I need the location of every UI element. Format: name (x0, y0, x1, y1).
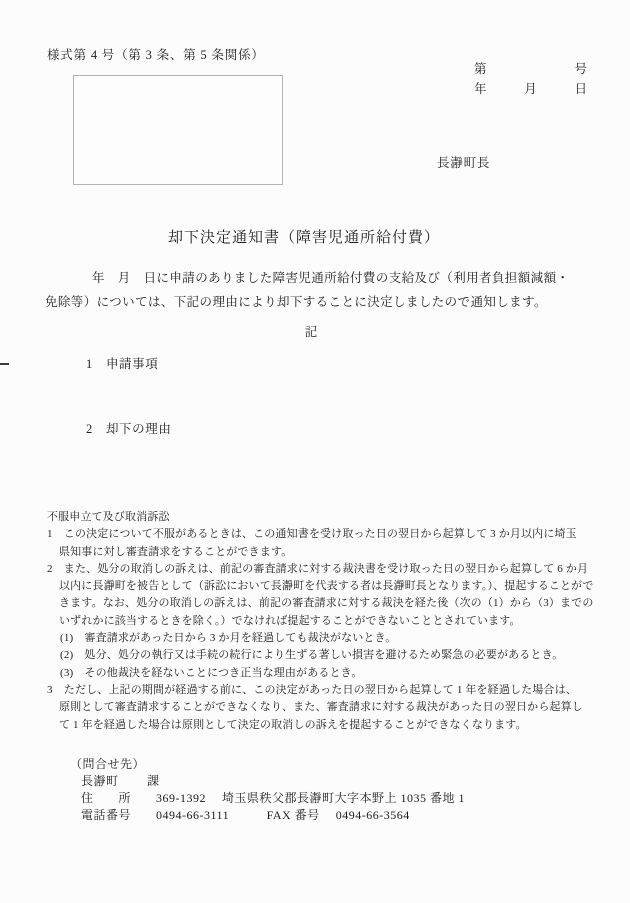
doc-number-suffix: 号 (574, 59, 587, 79)
appeal-line: 1 この決定について不服があるときは、この通知書を受け取った日の翌日から起算して… (47, 526, 592, 543)
appeal-notice-section: 不服申立て及び取消訴訟 1 この決定について不服があるときは、この通知書を受け取… (47, 509, 592, 734)
contact-phone-fax: 電話番号 0494-66-3111 FAX 番号 0494-66-3564 (70, 807, 465, 824)
appeal-subitem: (3) その他裁決を経ないことにつき正当な理由があるとき。 (47, 665, 592, 682)
list-item-rejection-reason: 2 却下の理由 (86, 419, 171, 437)
appeal-line: 以内に長瀞町を被告として（訴訟において長瀞町を代表する者は長瀞町長となります。）… (47, 578, 592, 595)
document-page: 様式第 4 号（第 3 条、第 5 条関係） 第 号 年 月 日 長瀞町長 却下… (0, 0, 630, 903)
date-day-label: 日 (574, 79, 587, 99)
addressee-box (73, 75, 283, 185)
document-number-line: 第 号 (474, 59, 587, 79)
date-year-label: 年 (474, 79, 487, 99)
appeal-line: て 1 年を経過した場合は原則として決定の取消しの訴えを提起することができなくな… (47, 717, 592, 734)
appeal-line: 2 また、処分の取消しの訴えは、前記の審査請求に対する裁決書を受け取った日の翌日… (47, 561, 592, 578)
page-title: 却下決定通知書（障害児通所給付費） (0, 226, 608, 247)
ki-separator: 記 (0, 322, 622, 340)
contact-heading: （問合せ先） (70, 756, 465, 773)
appeal-line: 3 ただし、上記の期間が経過する前に、この決定があった日の翌日から起算して 1 … (47, 682, 592, 699)
appeal-line: 原則として審査請求することができなくなり、また、審査請求に対する裁決があった日の… (47, 699, 592, 716)
contact-info-section: （問合せ先） 長瀞町 課 住 所 369-1392 埼玉県秩父郡長瀞町大字本野上… (70, 756, 465, 824)
appeal-subitem: (1) 審査請求があった日から 3 か月を経過しても裁決がないとき。 (47, 630, 592, 647)
doc-number-prefix: 第 (474, 59, 487, 79)
intro-paragraph-line2: 免除等）については、下記の理由により却下することに決定しましたので通知します。 (45, 292, 547, 310)
document-number-date-block: 第 号 年 月 日 (474, 59, 587, 99)
form-number-label: 様式第 4 号（第 3 条、第 5 条関係） (47, 45, 265, 63)
list-item-application-details: 1 申請事項 (86, 354, 158, 372)
mayor-signature: 長瀞町長 (437, 153, 490, 171)
appeal-line: 県知事に対し審査請求をすることができます。 (47, 544, 592, 561)
date-month-label: 月 (524, 79, 537, 99)
appeal-line: いずれかに該当するときを除く。）でなければ提起することができないこととされていま… (47, 613, 592, 630)
date-line: 年 月 日 (474, 79, 587, 99)
intro-paragraph-line1: 年 月 日に申請のありました障害児通所給付費の支給及び（利用者負担額減額・ (92, 268, 569, 286)
edge-registration-mark (0, 363, 9, 365)
contact-department: 長瀞町 課 (70, 773, 465, 790)
appeal-heading: 不服申立て及び取消訴訟 (47, 509, 592, 526)
appeal-line: きます。なお、処分の取消しの訴えは、前記の審査請求に対する裁決を経た後（次の（1… (47, 595, 592, 612)
contact-address: 住 所 369-1392 埼玉県秩父郡長瀞町大字本野上 1035 番地 1 (70, 790, 465, 807)
appeal-subitem: (2) 処分、処分の執行又は手続の続行により生ずる著しい損害を避けるため緊急の必… (47, 647, 592, 664)
